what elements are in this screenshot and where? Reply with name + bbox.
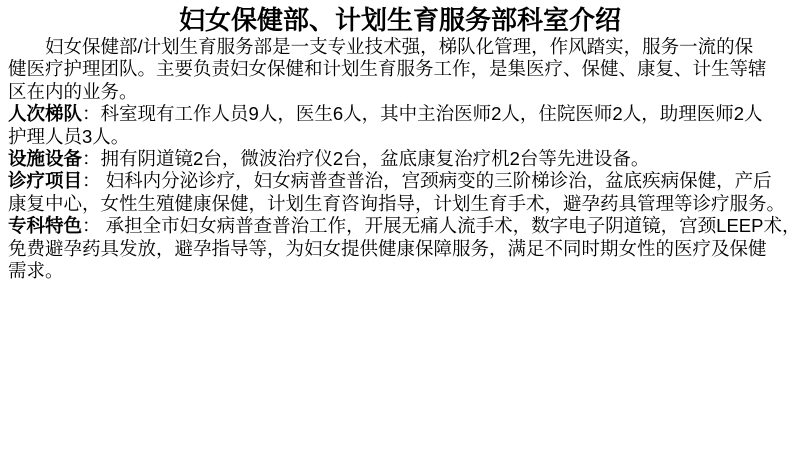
paragraph-text: 承担全市妇女病普查普治工作，开展无痛人流手术，数字电子阴道镜，宫颈LEEP术， [106,215,794,236]
text-line: 区在内的业务。 [8,81,794,103]
text-line: 诊疗项目： 妇科内分泌诊疗，妇女病普查普治，宫颈病变的三阶梯诊治，盆底疾病保健，… [8,170,794,192]
treatment-services-paragraph: 诊疗项目： 妇科内分泌诊疗，妇女病普查普治，宫颈病变的三阶梯诊治，盆底疾病保健，… [8,170,794,215]
paragraph-text: 妇科内分泌诊疗，妇女病普查普治，宫颈病变的三阶梯诊治，盆底疾病保健，产后 [106,170,772,191]
paragraph-label: 人次梯队 [8,103,82,124]
slide-body: 妇女保健部/计划生育服务部是一支专业技术强，梯队化管理，作风踏实，服务一流的保 … [0,36,800,282]
paragraph-colon: ： [82,148,101,169]
text-line: 护理人员3人。 [8,126,794,148]
paragraph-colon: ： [82,103,101,124]
text-line: 专科特色： 承担全市妇女病普查普治工作，开展无痛人流手术，数字电子阴道镜，宫颈L… [8,215,794,237]
paragraph-text: 拥有阴道镜2台，微波治疗仪2台，盆底康复治疗机2台等先进设备。 [101,148,650,169]
text-line: 设施设备：拥有阴道镜2台，微波治疗仪2台，盆底康复治疗机2台等先进设备。 [8,148,794,170]
slide-title: 妇女保健部、计划生育服务部科室介绍 [0,5,800,35]
paragraph-label: 专科特色 [8,215,82,236]
specialty-features-paragraph: 专科特色： 承担全市妇女病普查普治工作，开展无痛人流手术，数字电子阴道镜，宫颈L… [8,215,794,282]
slide: 妇女保健部、计划生育服务部科室介绍 妇女保健部/计划生育服务部是一支专业技术强，… [0,0,800,450]
text-line: 人次梯队：科室现有工作人员9人，医生6人，其中主治医师2人，住院医师2人，助理医… [8,103,794,125]
facilities-paragraph: 设施设备：拥有阴道镜2台，微波治疗仪2台，盆底康复治疗机2台等先进设备。 [8,148,794,170]
text-line: 需求。 [8,260,794,282]
text-line: 妇女保健部/计划生育服务部是一支专业技术强，梯队化管理，作风踏实，服务一流的保 [8,36,794,58]
paragraph-label: 设施设备 [8,148,82,169]
text-line: 免费避孕药具发放，避孕指导等，为妇女提供健康保障服务，满足不同时期女性的医疗及保… [8,238,794,260]
paragraph-text: 科室现有工作人员9人，医生6人，其中主治医师2人，住院医师2人，助理医师2人 [101,103,763,124]
paragraph-colon: ： [82,170,106,191]
paragraph-label: 诊疗项目 [8,170,82,191]
staff-echelon-paragraph: 人次梯队：科室现有工作人员9人，医生6人，其中主治医师2人，住院医师2人，助理医… [8,103,794,148]
text-line: 康复中心，女性生殖健康保健，计划生育咨询指导，计划生育手术，避孕药具管理等诊疗服… [8,193,794,215]
text-line: 健医疗护理团队。主要负责妇女保健和计划生育服务工作，是集医疗、保健、康复、计生等… [8,58,794,80]
paragraph-colon: ： [82,215,106,236]
intro-paragraph: 妇女保健部/计划生育服务部是一支专业技术强，梯队化管理，作风踏实，服务一流的保 … [8,36,794,103]
